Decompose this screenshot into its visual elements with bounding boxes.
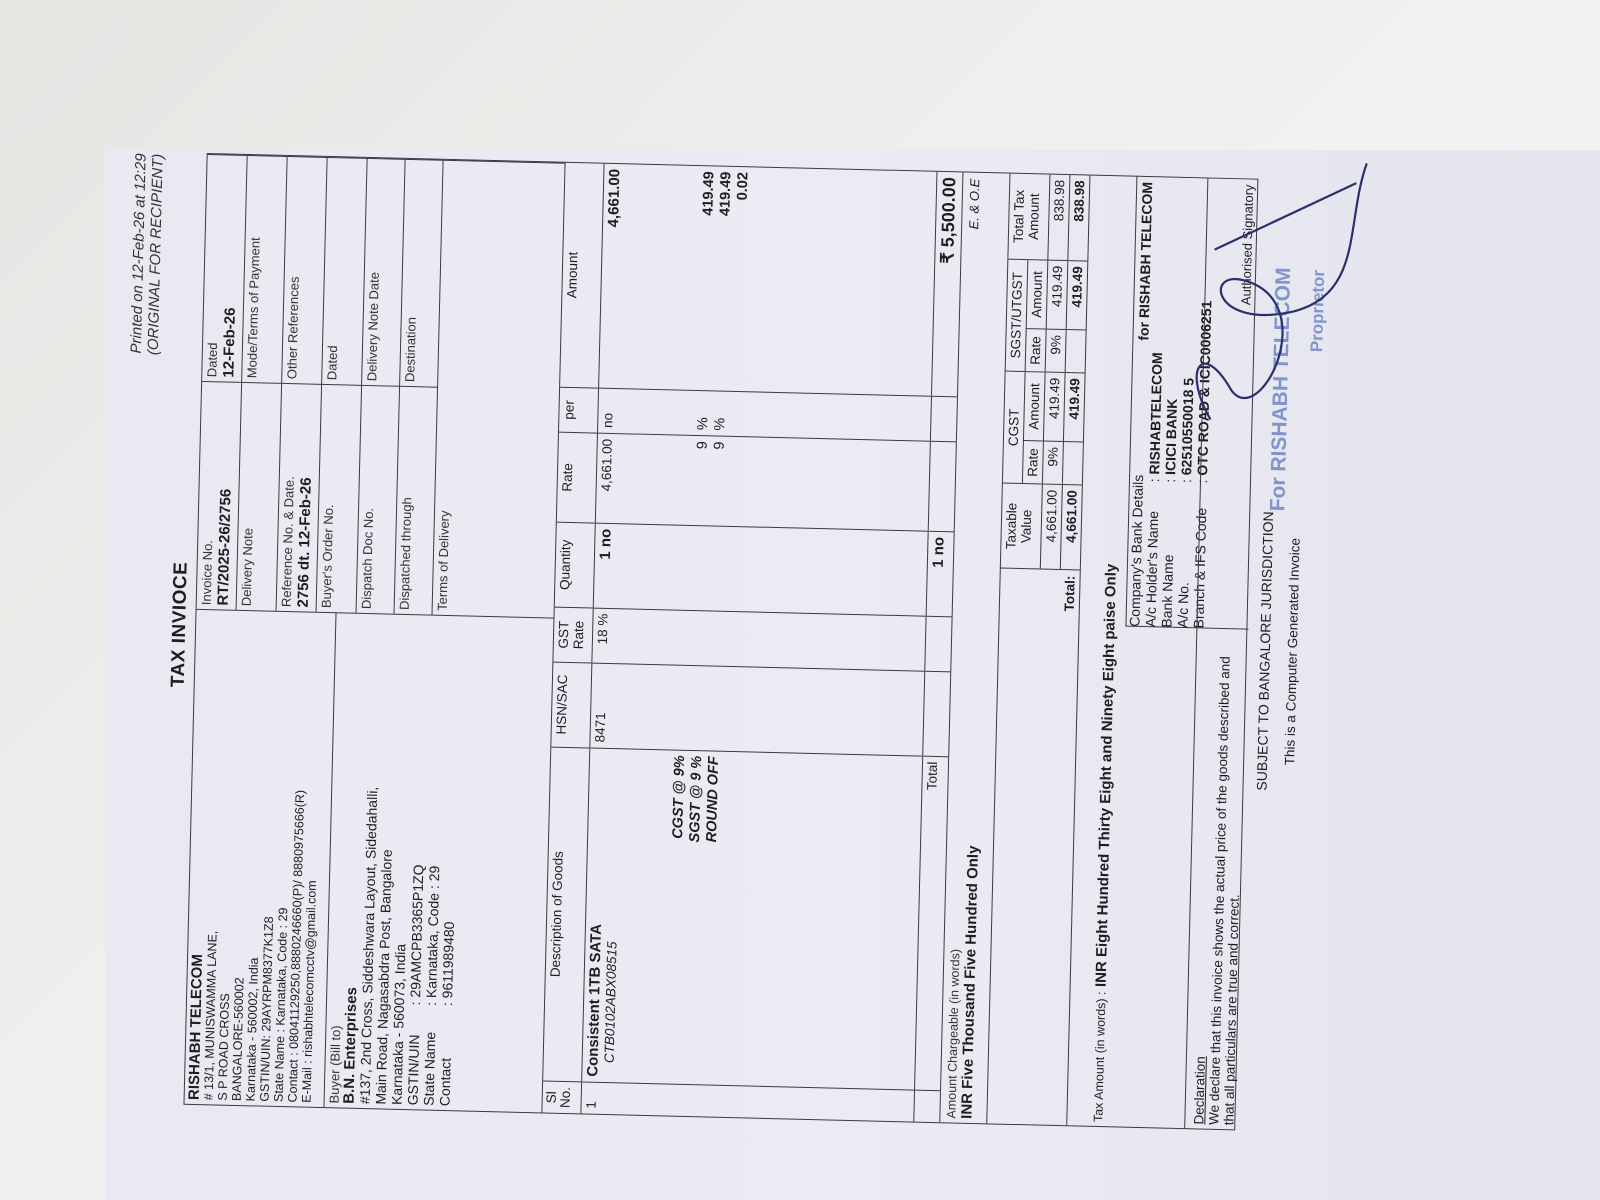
summary-total-taxable: 4,661.00 xyxy=(1060,485,1082,571)
col-quantity: Quantity xyxy=(555,522,595,608)
cgst-rate: 9 xyxy=(692,441,711,520)
item-amount: 4,661.00 xyxy=(601,169,623,383)
tax-words-value: INR Eight Hundred Thirty Eight and Ninet… xyxy=(1093,564,1120,988)
other-ref-cell: Other References xyxy=(282,156,328,384)
dispatched-through-label: Dispatched through xyxy=(397,391,417,610)
buyers-order-cell: Buyer's Order No. xyxy=(317,384,363,613)
other-ref-label: Other References xyxy=(284,161,304,379)
dated-cell: Dated 12-Feb-26 xyxy=(202,154,248,382)
item-rate: 4,661.00 xyxy=(597,439,614,518)
delivery-note-date-label: Delivery Note Date xyxy=(364,163,384,381)
for-company-label: for RISHABH TELECOM xyxy=(1126,176,1157,626)
destination-label: Destination xyxy=(402,164,422,382)
col-cgst: CGST xyxy=(1002,371,1025,484)
summary-taxable: 4,661.00 xyxy=(1040,484,1062,570)
summary-total-tax: 838.98 xyxy=(1048,175,1070,261)
col-sgst-rate: Rate xyxy=(1025,329,1046,372)
buyers-order-dated-cell: Dated xyxy=(322,157,368,385)
dispatch-doc-cell: Dispatch Doc No. xyxy=(357,385,401,614)
invoice-date: 12-Feb-26 xyxy=(221,159,241,377)
summary-cgst-amount: 419.49 xyxy=(1043,372,1065,442)
summary-cgst-rate: 9% xyxy=(1042,441,1063,484)
eoe-label: E. & O.E xyxy=(966,179,982,230)
dispatched-through-cell: Dispatched through xyxy=(395,386,439,615)
payment-terms-label: Mode/Terms of Payment xyxy=(244,160,264,378)
printed-info: Printed on 12-Feb-26 at 12:29 (ORIGINAL … xyxy=(128,153,167,355)
tax-words-block: Tax Amount (in words) : INR Eight Hundre… xyxy=(1089,182,1130,1122)
col-hsn: HSN/SAC xyxy=(551,662,591,748)
item-amount-cell: 4,661.00 419.49 419.49 0.02 xyxy=(598,164,937,397)
item-description-cell: Consistent 1TB SATA CTB0102ABX08515 CGST… xyxy=(581,748,923,1090)
invoice-no: RT/2025-26/2756 xyxy=(216,386,236,605)
item-per-cell: no % % xyxy=(597,388,931,441)
buyer-block: Buyer (Bill to) B.N. Enterprises #137, 2… xyxy=(324,612,554,1112)
col-sgst-amount: Amount xyxy=(1026,260,1048,330)
buyers-order-label: Buyer's Order No. xyxy=(319,389,339,608)
col-cgst-amount: Amount xyxy=(1023,372,1045,442)
summary-total-cgst: 419.49 xyxy=(1063,373,1085,443)
col-amount: Amount xyxy=(560,163,603,388)
item-quantity: 1 no xyxy=(593,523,928,616)
buyers-order-dated-label: Dated xyxy=(324,162,344,380)
terms-delivery-cell: Terms of Delivery xyxy=(433,160,566,618)
reference-cell: Reference No. & Date. 2756 dt. 12-Feb-26 xyxy=(277,383,323,612)
reference-value: 2756 dt. 12-Feb-26 xyxy=(296,388,316,607)
item-hsn: 8471 xyxy=(589,663,924,756)
delivery-note-cell: Delivery Note xyxy=(237,382,283,611)
sgst-rate: 9 xyxy=(709,441,728,520)
col-taxable-value: Taxable Value xyxy=(1000,483,1042,569)
summary-sgst-rate: 9% xyxy=(1045,329,1066,372)
item-per: no xyxy=(600,394,616,428)
invoice-no-cell: Invoice No. RT/2025-26/2756 xyxy=(197,381,243,610)
buyer-contact-label: Contact xyxy=(437,1006,455,1106)
cgst-pct: % xyxy=(695,396,713,430)
summary-total-sgst: 419.49 xyxy=(1066,261,1088,331)
col-total-tax: Total Tax Amount xyxy=(1008,174,1050,260)
items-table: Sl No. Description of Goods HSN/SAC GST … xyxy=(542,163,963,1122)
seller-block: RISHABH TELECOM # 13/1, MUNISWAMMA LANE,… xyxy=(184,609,336,1107)
col-sgst: SGST/UTGST xyxy=(1005,259,1028,372)
tax-invoice-document: Printed on 12-Feb-26 at 12:29 (ORIGINAL … xyxy=(153,124,1477,1155)
delivery-note-date-cell: Delivery Note Date xyxy=(362,158,406,386)
grand-total: ₹ 5,500.00 xyxy=(931,172,962,397)
item-gst-rate: 18 % xyxy=(591,608,926,671)
col-cgst-rate: Rate xyxy=(1022,441,1043,484)
col-rate: Rate xyxy=(557,432,597,523)
buyer-contact: : 9611989480 xyxy=(439,921,457,1006)
dispatch-doc-label: Dispatch Doc No. xyxy=(359,390,379,609)
summary-sgst-amount: 419.49 xyxy=(1046,260,1068,330)
tax-words-label: Tax Amount (in words) : xyxy=(1091,991,1108,1122)
table-row: 1 Consistent 1TB SATA CTB0102ABX08515 CG… xyxy=(580,164,937,1122)
col-sl: Sl No. xyxy=(542,1081,581,1113)
destination-cell: Destination xyxy=(400,159,444,387)
total-quantity: 1 no xyxy=(926,531,954,617)
invoice-frame: RISHABH TELECOM # 13/1, MUNISWAMMA LANE,… xyxy=(183,153,1258,1130)
declaration-block: Declaration We declare that this invoice… xyxy=(1191,644,1248,1125)
item-rate-cell: 4,661.00 9 9 xyxy=(595,433,931,531)
payment-terms-cell: Mode/Terms of Payment xyxy=(242,155,288,383)
col-gst-rate: GST Rate xyxy=(553,607,592,663)
sgst-pct: % xyxy=(712,396,730,430)
delivery-note-label: Delivery Note xyxy=(239,387,259,606)
col-per: per xyxy=(559,387,598,433)
summary-total-tax-amount: 838.98 xyxy=(1068,175,1090,261)
